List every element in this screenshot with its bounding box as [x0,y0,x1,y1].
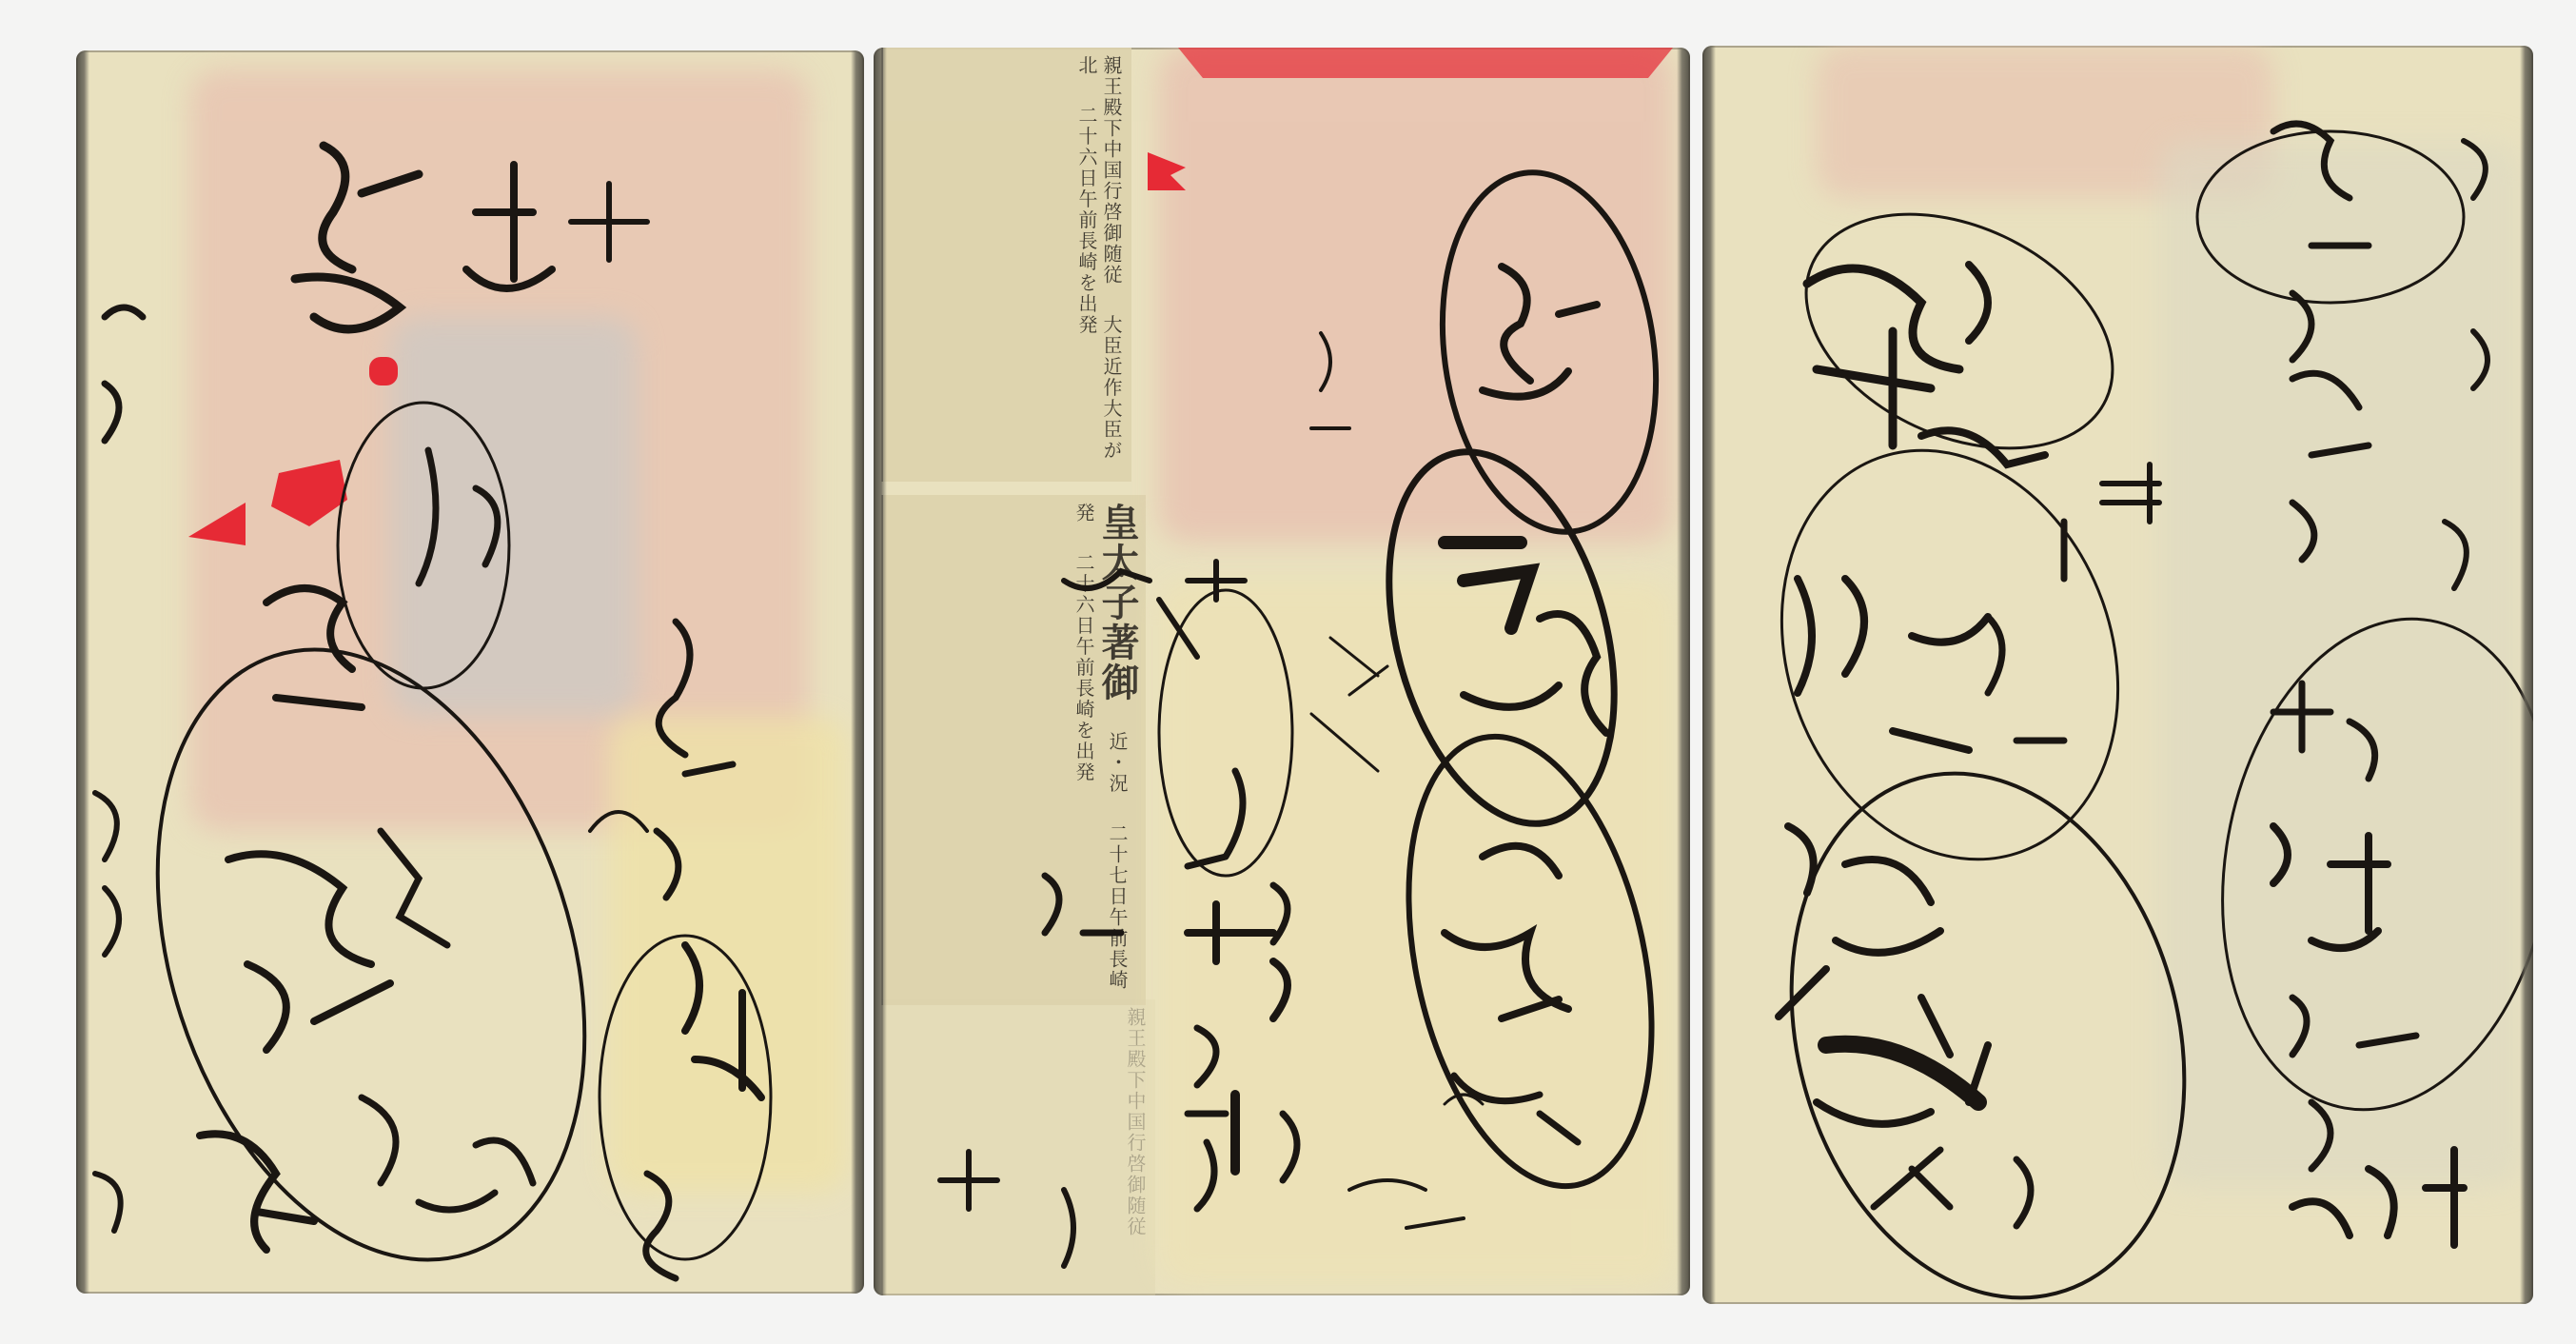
panel-edge-right [2520,46,2533,1304]
panel-edge-right [1677,48,1690,1295]
ink-calligraphy [76,50,864,1294]
panel-edge-left [874,48,887,1295]
ink-calligraphy [874,48,1690,1295]
panel-edge-right [851,50,864,1294]
calligraphy-panel-middle: 親王殿下中国行啓御随従 大臣近作大臣が北 二十六日午前長崎を出発 皇太子著御 近… [874,48,1690,1295]
panel-edge-left [1702,46,1716,1304]
panel-edge-left [76,50,89,1294]
ink-calligraphy [1702,46,2533,1304]
calligraphy-panel-left [76,50,864,1294]
calligraphy-panel-right [1702,46,2533,1304]
